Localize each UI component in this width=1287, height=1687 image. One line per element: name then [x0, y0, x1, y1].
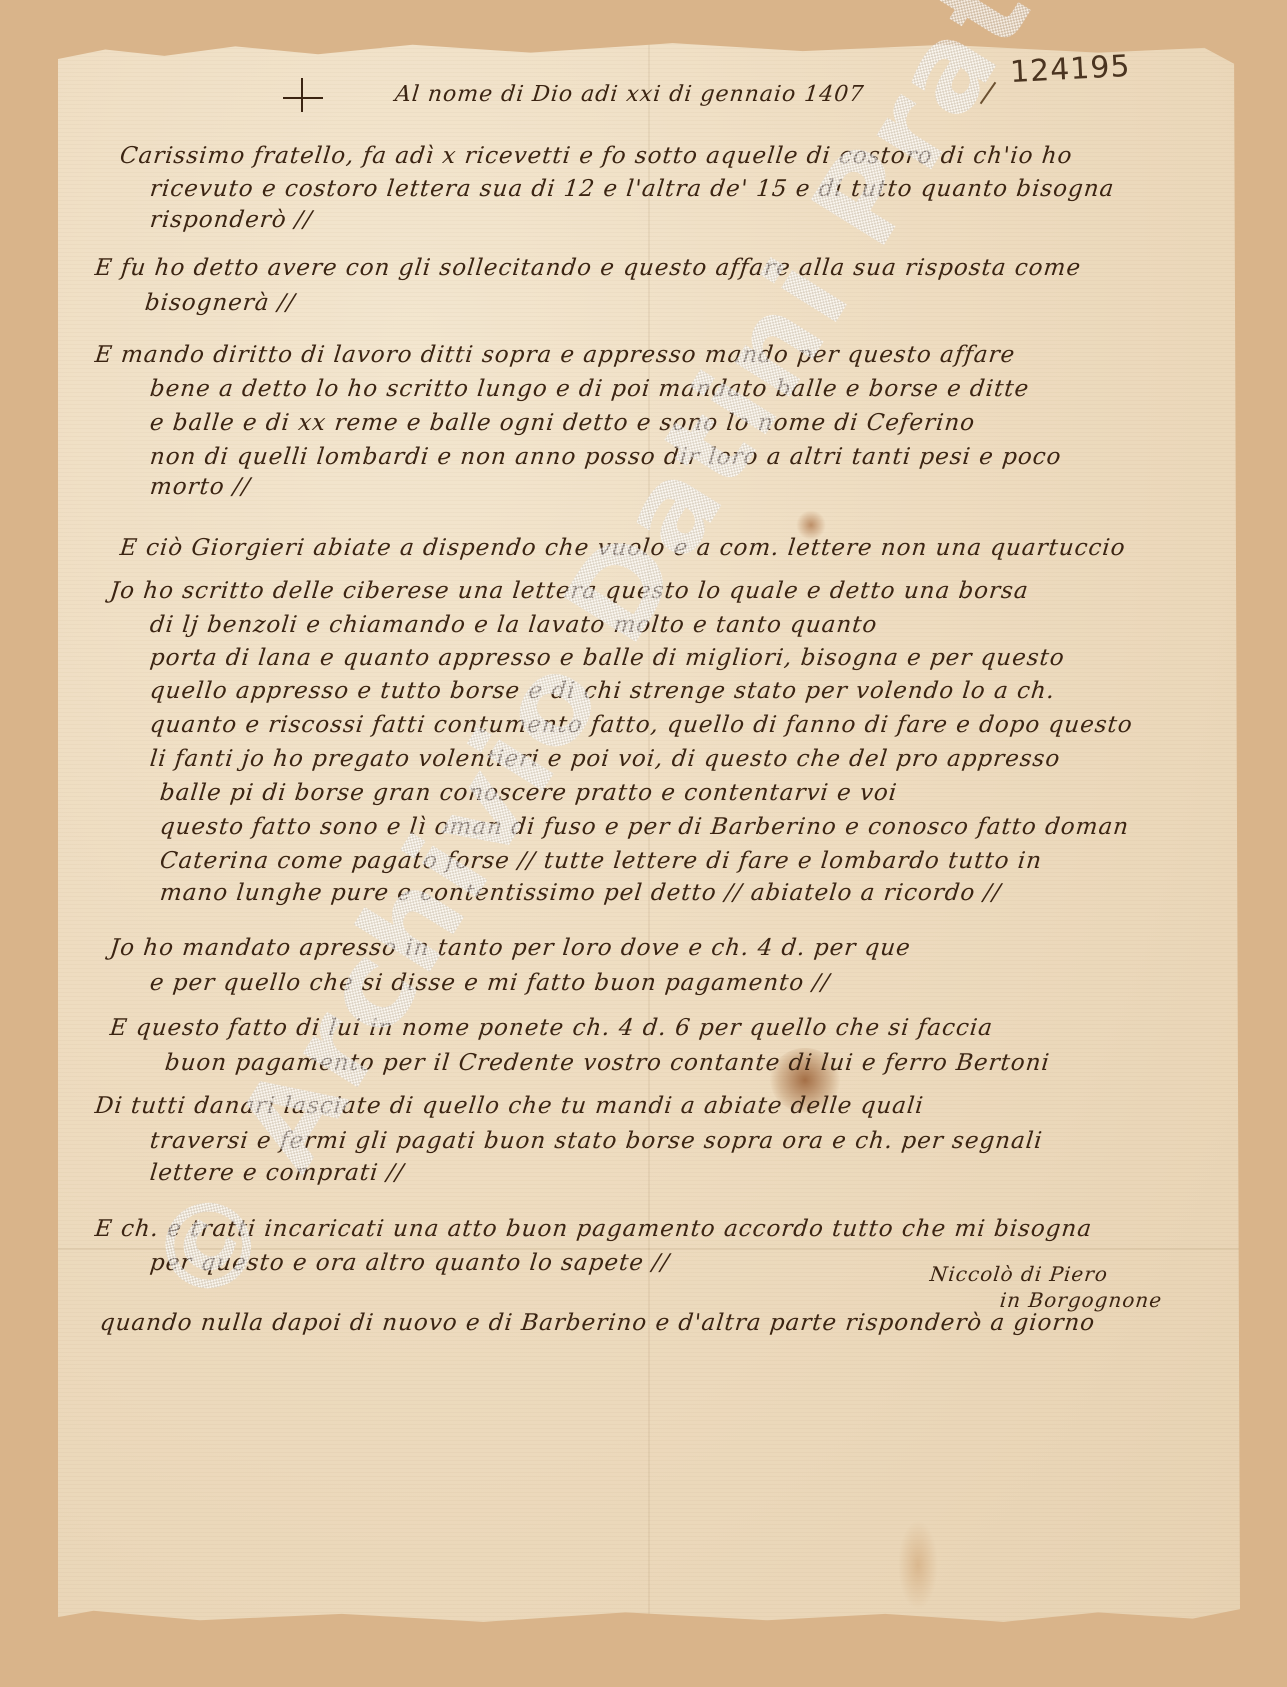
text-line: Jo ho mandato apresso in tanto per loro …	[109, 935, 913, 961]
text-line: quanto e riscossi fatti contumento fatto…	[149, 712, 1134, 738]
text-line: questo fatto sono e lì oman di fuso e pe…	[159, 814, 1131, 840]
text-line: ricevuto e costoro lettera sua di 12 e l…	[149, 176, 1116, 202]
text-line: morto //	[149, 474, 252, 500]
text-line: li fanti jo ho pregato volentieri e poi …	[149, 746, 1062, 772]
foxing-stain	[898, 1520, 938, 1610]
text-line: E mando diritto di lavoro ditti sopra e …	[94, 342, 1017, 368]
text-line: mano lunghe pure e contentissimo pel det…	[159, 880, 1003, 906]
text-line: e balle e di xx reme e balle ogni detto …	[149, 410, 977, 436]
cross-mark-icon	[283, 97, 323, 99]
text-line: non di quelli lombardi e non anno posso …	[149, 444, 1063, 470]
text-line: Caterina come pagato forse // tutte lett…	[159, 848, 1044, 874]
text-line: E questo fatto di lui in nome ponete ch.…	[109, 1015, 995, 1041]
text-line: bene a detto lo ho scritto lungo e di po…	[149, 376, 1031, 402]
text-line: bisognerà //	[144, 290, 297, 316]
cross-mark-icon	[301, 78, 303, 112]
date-header: Al nome di Dio adi xxi di gennaio 1407	[394, 82, 866, 107]
text-line: risponderò //	[149, 207, 314, 233]
signature-name: Niccolò di Piero	[929, 1262, 1110, 1286]
text-line: e per quello che si disse e mi fatto buo…	[149, 970, 832, 996]
text-line: E fu ho detto avere con gli sollecitando…	[94, 255, 1083, 281]
signature-place: in Borgognone	[999, 1288, 1164, 1312]
